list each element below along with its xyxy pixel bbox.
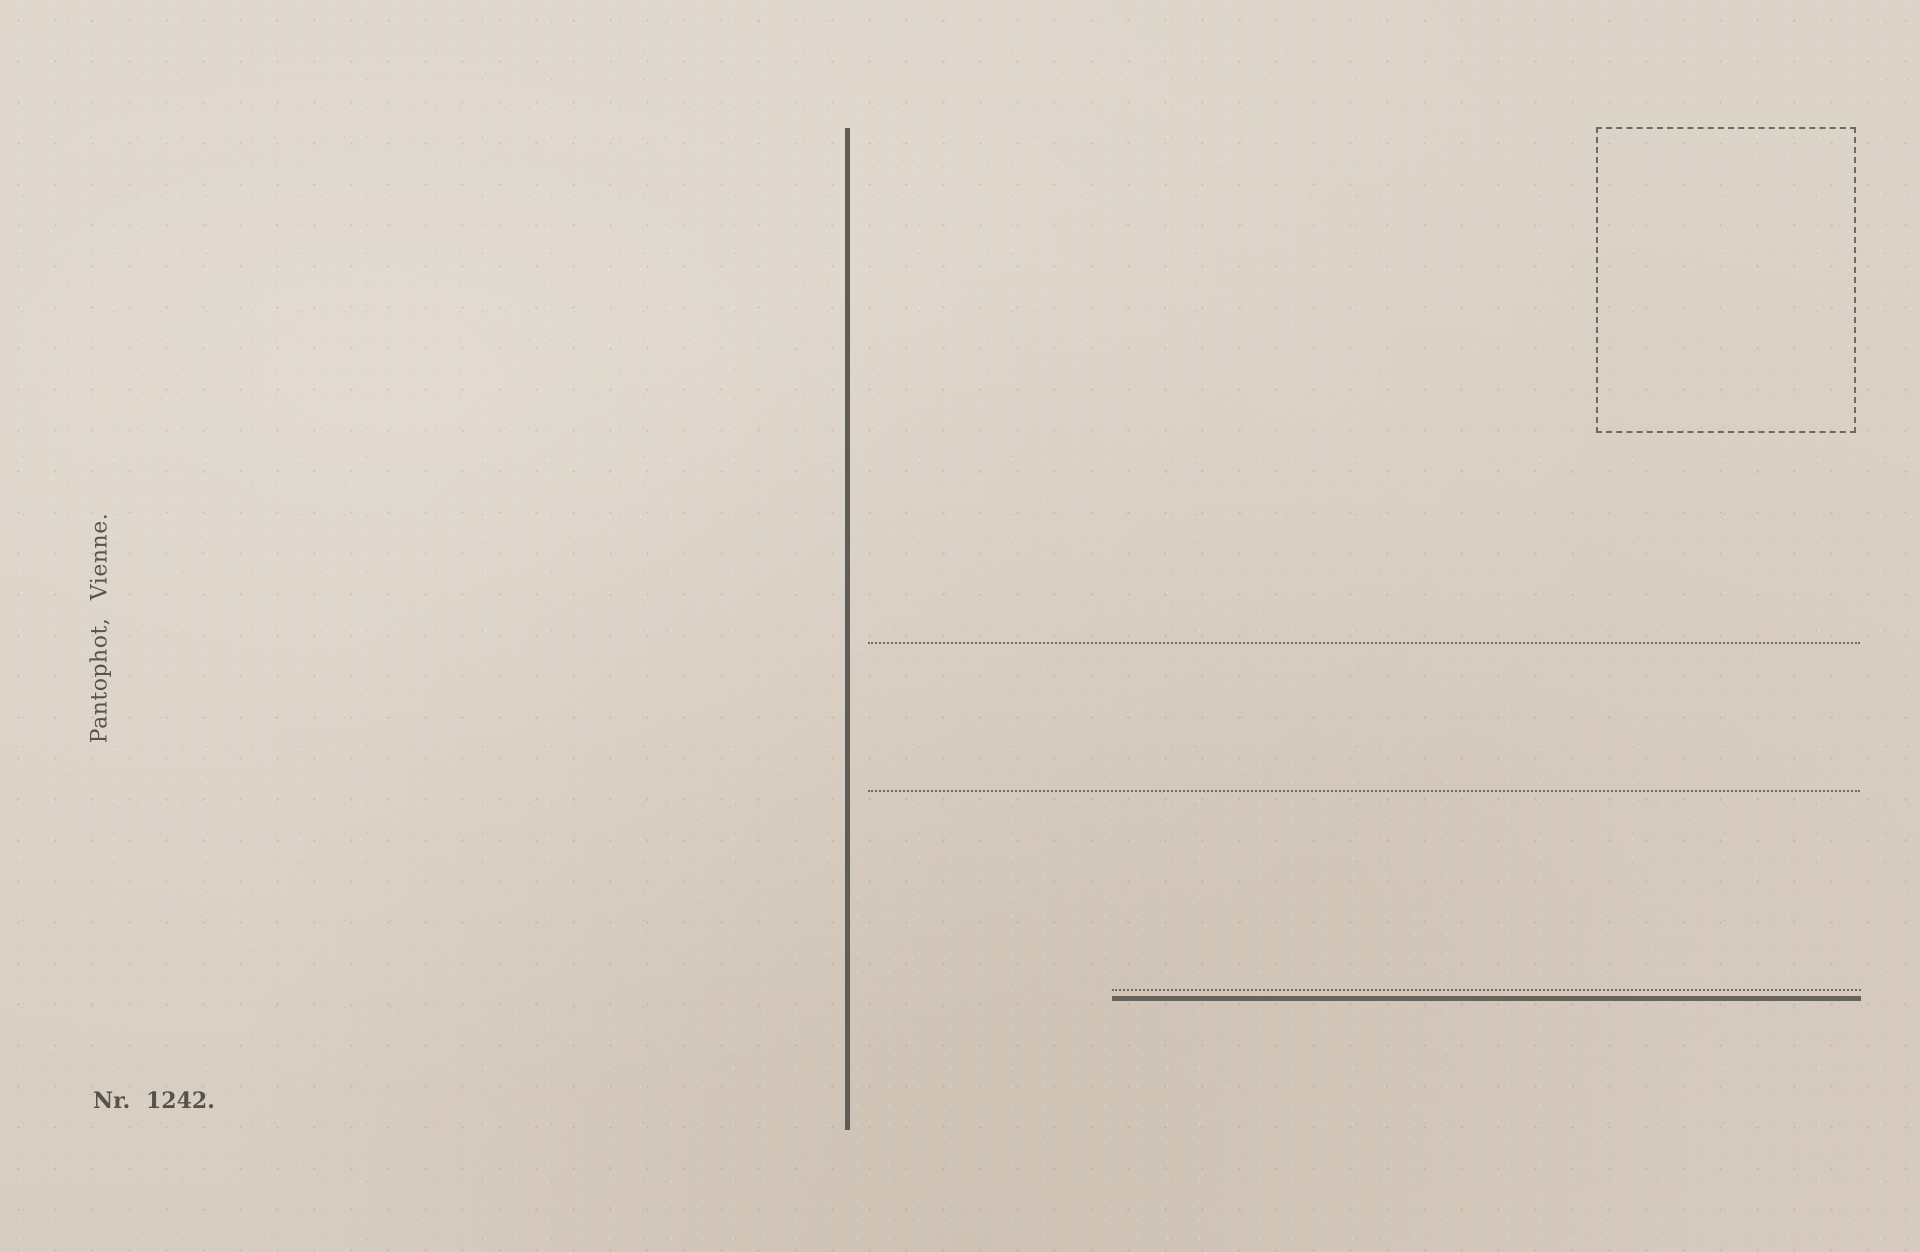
address-underline: [1112, 996, 1861, 1001]
address-line-3: [1112, 989, 1861, 991]
message-address-divider: [845, 128, 850, 1130]
address-line-1: [868, 642, 1860, 644]
postcard-back: Pantophot, Vienne. Nr. 1242.: [0, 0, 1920, 1252]
card-number: Nr. 1242.: [93, 1088, 215, 1114]
publisher-imprint: Pantophot, Vienne.: [88, 513, 113, 743]
stamp-placement-box: [1596, 127, 1856, 433]
address-line-2: [868, 790, 1860, 792]
